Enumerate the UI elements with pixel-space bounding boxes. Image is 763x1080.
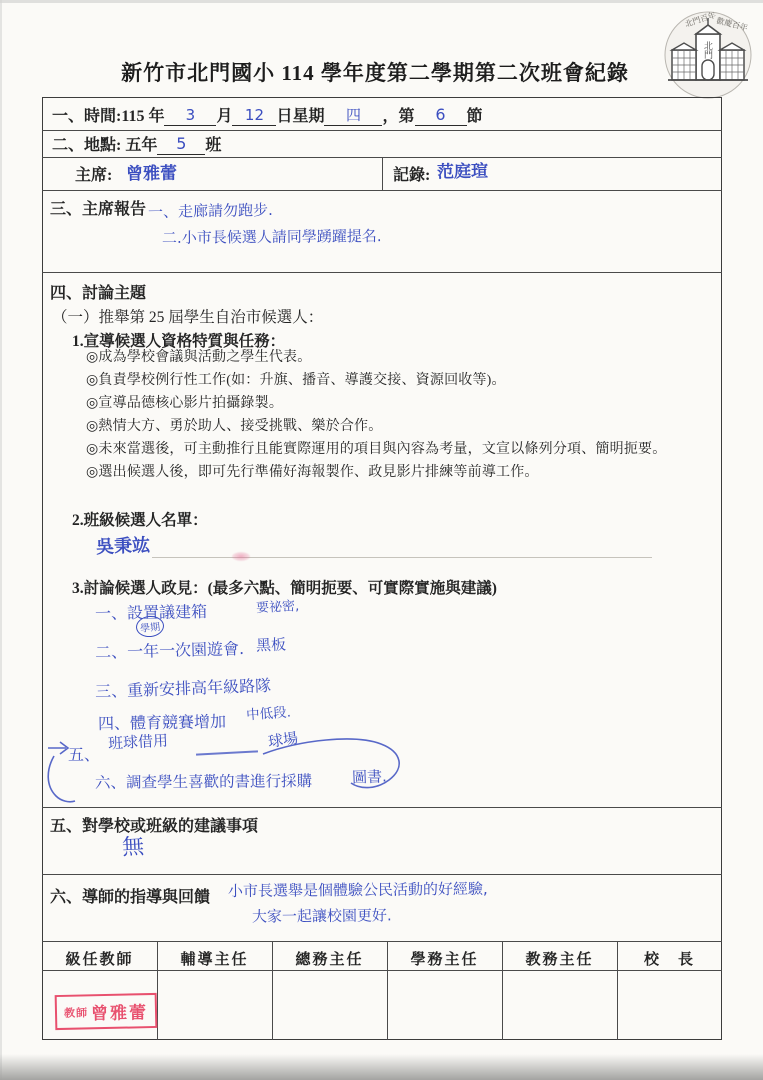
loop-arrow-icon	[255, 722, 420, 804]
feedback-line-2: 大家一起讓校園更好.	[252, 904, 392, 926]
bullet-6: ◎選出候選人後，即可先行準備好海報製作、政見影片排練等前導工作。	[86, 461, 722, 484]
bullet-3: ◎宣導品德核心影片拍攝錄製。	[86, 392, 722, 415]
discussion-title: 四、討論主題	[50, 280, 146, 303]
suggestion-value: 無	[121, 829, 145, 861]
page-title: 新竹市北門國小 114 學年度第二學期第二次班會紀錄	[95, 57, 655, 87]
discussion-subtitle: （一）推舉第 25 屆學生自治市候選人：	[52, 305, 323, 327]
suggestion-label: 五、對學校或班級的建議事項	[50, 813, 258, 836]
report-line-2: 二.小市長候選人請同學踴躍提名.	[162, 225, 382, 248]
logo-building-label: 北門	[703, 40, 713, 59]
feedback-label: 六、導師的指導與回饋	[50, 884, 210, 907]
time-weekday-value: 四	[346, 106, 361, 124]
time-period-value: 6	[435, 105, 445, 124]
place-suffix: 班	[205, 132, 221, 155]
opinion-1-note: 要祕密,	[256, 595, 300, 616]
sig-header-academic-affairs: 教務主任	[502, 948, 617, 969]
time-period-label: 節	[467, 103, 483, 126]
opinion-2-text: 一年一次園遊會.	[127, 639, 245, 661]
pink-smudge	[232, 552, 250, 561]
divider-chair-recorder	[382, 157, 383, 190]
sig-header-counseling: 輔導主任	[157, 948, 272, 969]
bullet-5: ◎未來當選後，可主動推行且能實際運用的項目與內容為考量，文宣以條列分項、簡明扼要…	[86, 438, 722, 461]
time-weekday-blank: 四	[324, 108, 382, 126]
place-class-blank: 5	[157, 136, 205, 155]
chair-name: 曾雅蕾	[126, 159, 177, 185]
bullet-4: ◎熱情大方、勇於助人、接受挑戰、樂於合作。	[86, 415, 722, 438]
time-day-blank: 12	[232, 108, 276, 126]
time-month-value: 3	[186, 106, 196, 124]
time-month-blank: 3	[164, 108, 216, 126]
opinion-3-text: 重新安排高年級路隊	[127, 676, 272, 700]
report-label: 三、主席報告	[50, 196, 146, 219]
sig-header-principal: 校 長	[617, 948, 722, 969]
opinion-2-num: 二、	[95, 642, 128, 662]
chair-label: 主席:	[75, 162, 112, 185]
time-period-blank: 6	[415, 107, 467, 126]
school-building-icon: 北門百年 歡慶百年 北門	[660, 10, 756, 100]
place-prefix: 二、地點: 五年	[52, 132, 157, 155]
roster-underline	[152, 557, 652, 558]
time-month-label: 月	[216, 103, 232, 126]
bullet-1: ◎成為學校會議與活動之學生代表。	[86, 346, 722, 369]
report-line-1: 一、走廊請勿跑步.	[148, 199, 273, 222]
sig-header-student-affairs: 學務主任	[387, 948, 502, 969]
bullet-2: ◎負責學校例行性工作(如：升旗、播音、導護交接、資源回收等)。	[86, 369, 722, 392]
place-class-value: 5	[176, 134, 186, 153]
rule-after-discussion	[42, 807, 722, 808]
school-logo: 北門百年 歡慶百年 北門	[660, 10, 756, 100]
feedback-line-1: 小市長選舉是個體驗公民活動的好經驗,	[228, 878, 488, 901]
teacher-stamp: 教師 曾雅蕾	[55, 993, 158, 1030]
discussion-bullet-list: ◎成為學校會議與活動之學生代表。 ◎負責學校例行性工作(如：升旗、播音、導護交接…	[86, 346, 722, 484]
time-prefix: 一、時間:115 年	[52, 103, 164, 126]
stamp-name: 曾雅蕾	[91, 998, 149, 1024]
roster-name: 吳秉竑	[96, 531, 151, 559]
time-period-prefix: ，第	[382, 103, 414, 126]
rule-after-chair	[42, 190, 722, 191]
rule-after-suggestion	[42, 874, 722, 875]
stamp-prefix: 教師	[64, 1004, 88, 1020]
roster-title: 2.班級候選人名單：	[72, 508, 208, 530]
time-day-label: 日星期	[276, 103, 324, 126]
opinion-4-text: 體育競賽增加	[130, 712, 226, 733]
scan-edge-left	[0, 0, 2, 1080]
rule-after-time	[42, 130, 722, 131]
opinion-1-num: 一、	[95, 603, 127, 623]
opinion-5-text: 班球借用	[107, 729, 168, 753]
scan-edge-bottom	[0, 1054, 763, 1080]
rule-after-signature-headers	[42, 970, 722, 971]
opinion-6-num: 六、	[95, 774, 126, 792]
sig-header-homeroom: 級任教師	[42, 948, 157, 969]
rule-after-report	[42, 272, 722, 273]
left-bracket-arrow-icon	[42, 728, 88, 808]
opinion-2: 二、一年一次園遊會.	[95, 636, 245, 663]
opinion-4-num: 四、	[98, 714, 130, 734]
recorder-name: 范庭瑄	[437, 157, 488, 183]
time-row: 一、時間:115 年 3 月 12 日星期 四 ，第 6 節	[52, 103, 483, 126]
opinion-4-note: 中低段.	[245, 700, 291, 723]
scanned-meeting-record: 北門百年 歡慶百年 北門 新竹市北門國小 114 學年度第二學期第二次班會紀錄	[0, 0, 763, 1080]
place-row: 二、地點: 五年 5 班	[52, 132, 221, 155]
rule-before-signatures	[42, 941, 722, 942]
recorder-label: 記錄:	[393, 162, 430, 185]
opinion-3-num: 三、	[95, 681, 128, 701]
opinion-2-note: 黑板	[256, 633, 287, 655]
scan-edge-top	[0, 0, 763, 3]
time-day-value: 12	[245, 106, 264, 124]
sig-header-general-affairs: 總務主任	[272, 948, 387, 969]
